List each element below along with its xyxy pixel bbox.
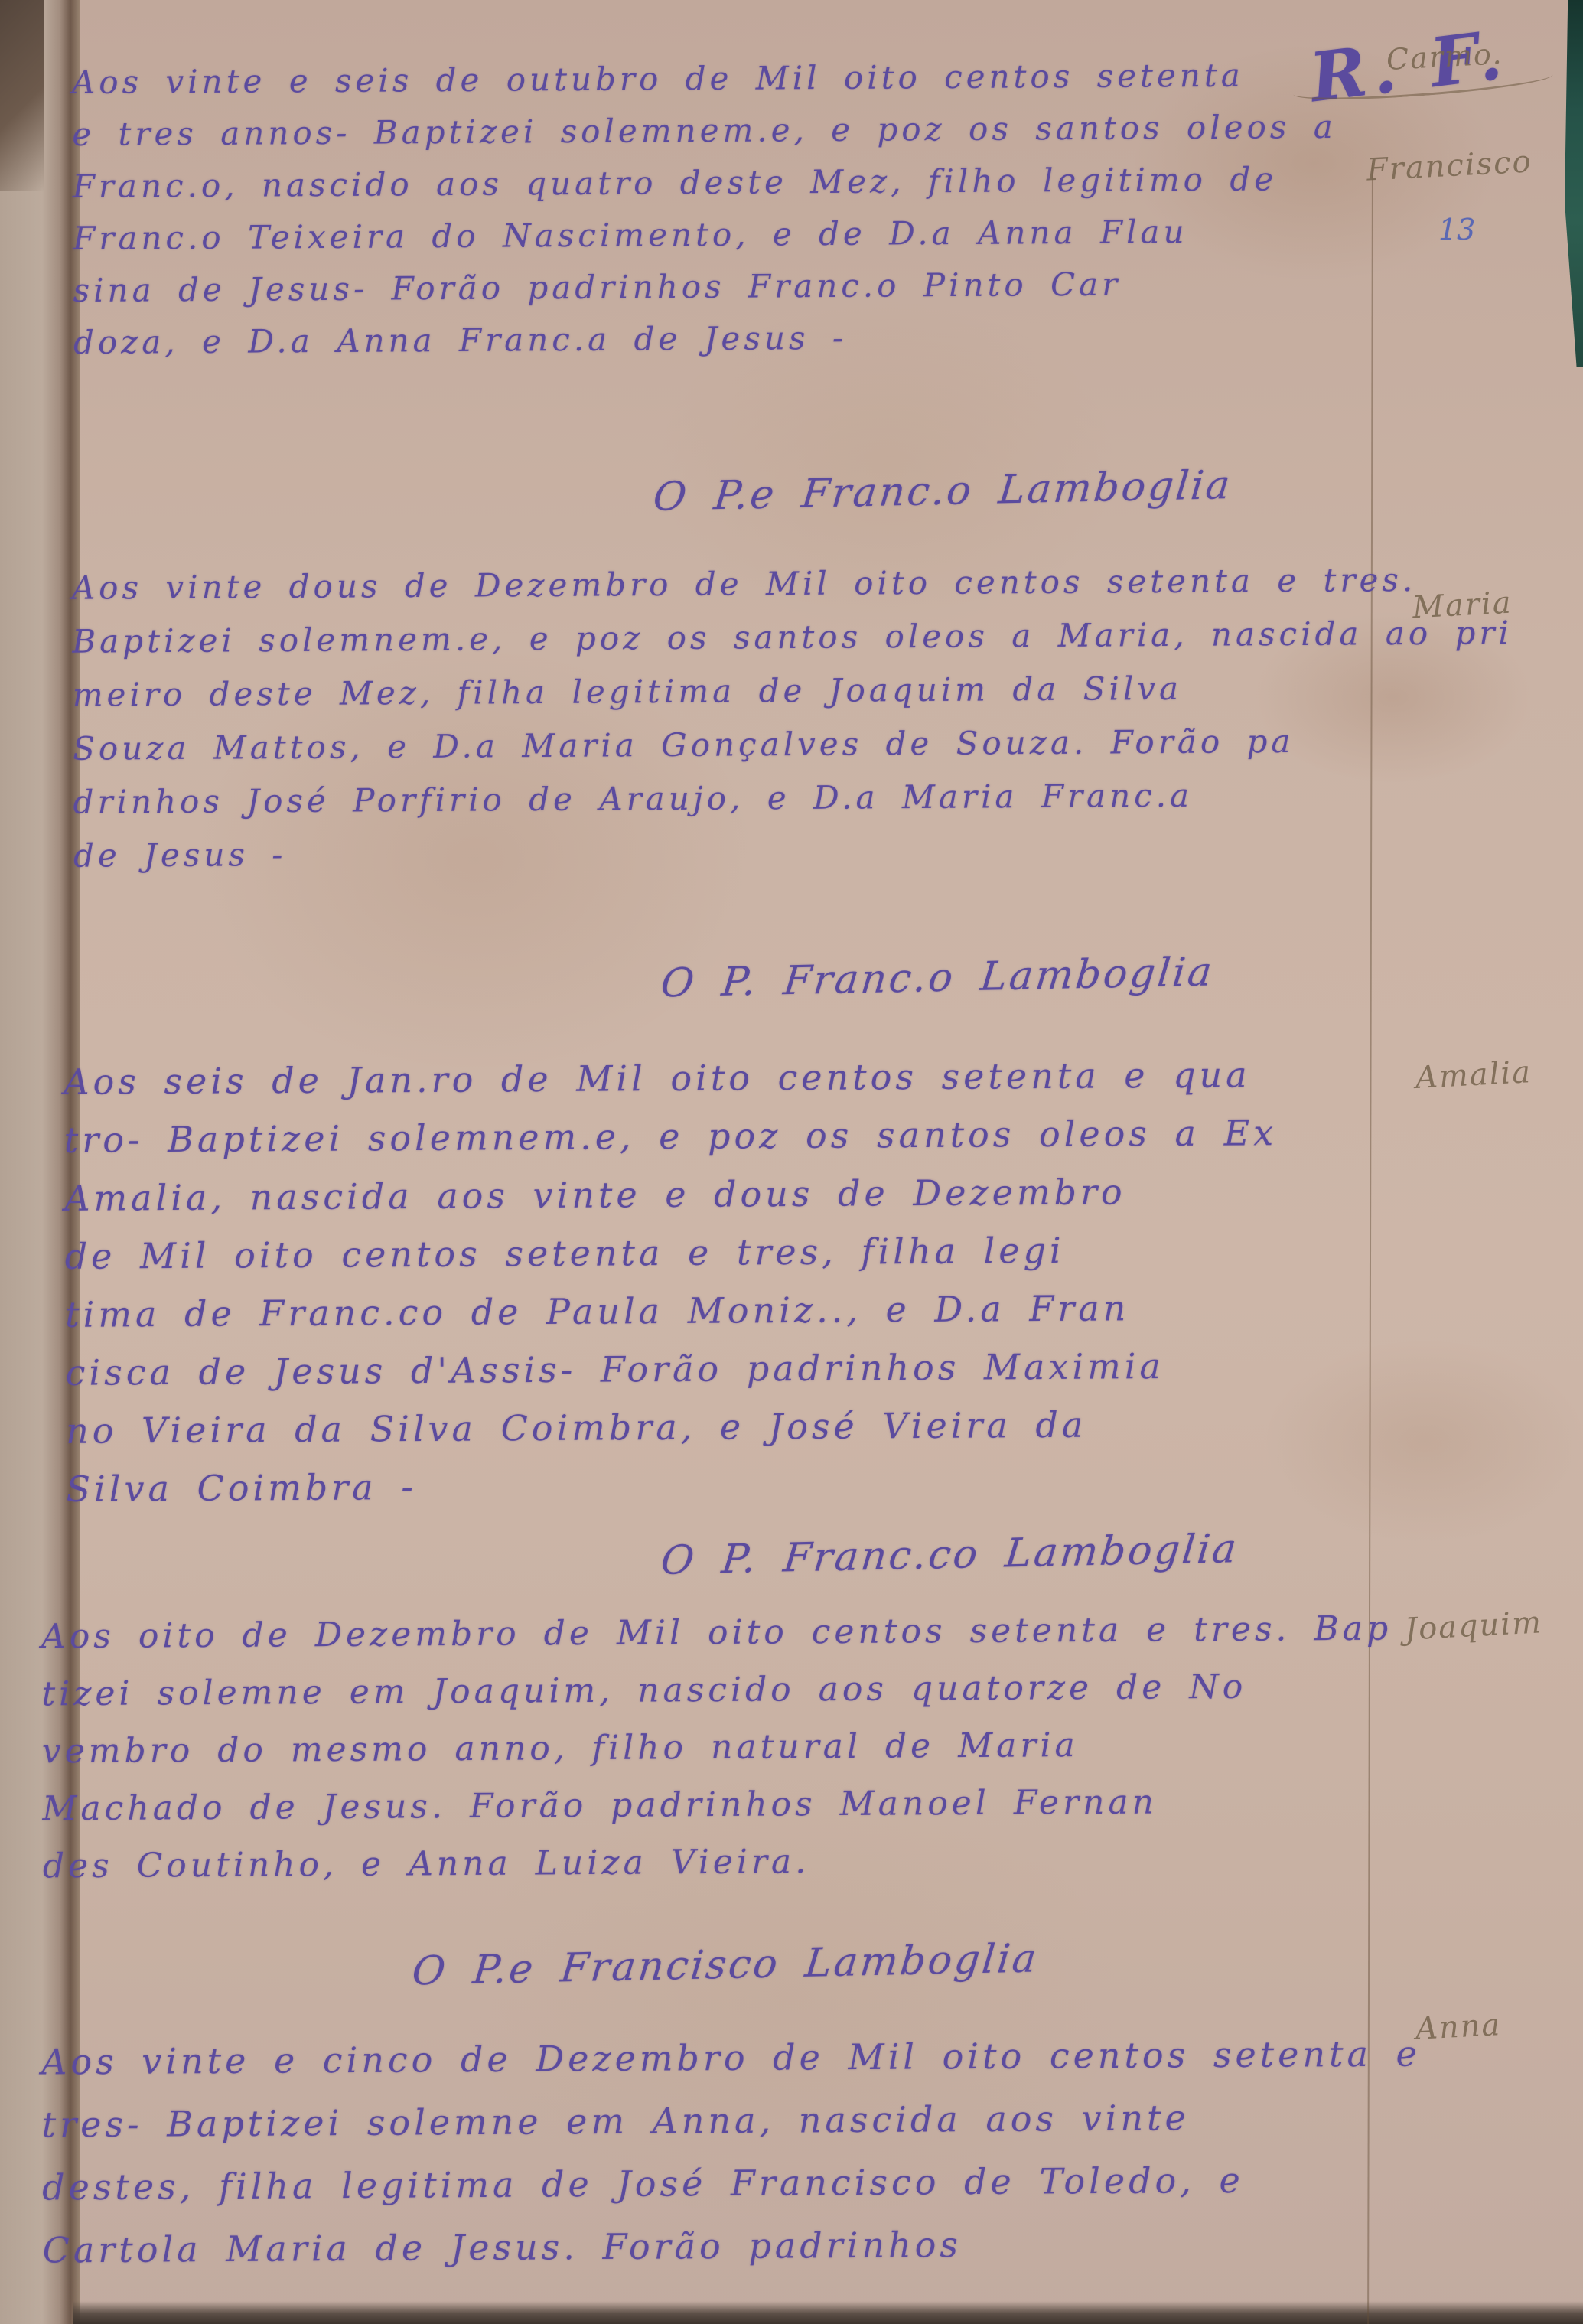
record-line: e tres annos- Baptizei solemnem.e, e poz… [72, 108, 1337, 168]
record-line: destes, filha legitima de José Francisco… [42, 2158, 1422, 2229]
record-line: Aos vinte e cinco de Dezembro de Mil oit… [41, 2032, 1421, 2104]
record-line: drinhos José Porfirio de Araujo, e D.a M… [73, 774, 1513, 836]
register-page-photo: R. F. Carmo. Francisco 13 Aos vinte e se… [0, 0, 1583, 2324]
record-line: tima de Franc.co de Paula Moniz.., e D.a… [65, 1286, 1278, 1352]
record-line: Aos vinte dous de Dezembro de Mil oito c… [72, 560, 1513, 622]
margin-name-francisco: Francisco [1366, 144, 1533, 187]
record-line: des Coutinho, e Anna Luiza Vieira. [43, 1839, 1394, 1905]
baptism-record: Aos vinte dous de Dezembro de Mil oito c… [72, 560, 1514, 890]
page-number: 13 [1438, 213, 1475, 246]
margin-name: Joaquim [1404, 1605, 1543, 1647]
record-line: Baptizei solemnem.e, e poz os santos ole… [72, 614, 1513, 676]
priest-signature: O P. Franc.co Lamboglia [659, 1526, 1241, 1584]
record-line: Aos oito de Dezembro de Mil oito centos … [41, 1609, 1392, 1675]
margin-name: Anna [1415, 2007, 1503, 2047]
record-line: Franc.o Teixeira do Nascimento, e de D.a… [73, 212, 1337, 272]
record-line: Souza Mattos, e D.a Maria Gonçalves de S… [73, 721, 1513, 783]
record-line: Aos vinte e seis de outubro de Mil oito … [72, 56, 1337, 116]
priest-signature: O P.e Francisco Lamboglia [410, 1935, 1041, 1994]
record-line: Aos seis de Jan.ro de Mil oito centos se… [64, 1054, 1277, 1120]
record-line: Machado de Jesus. Forão padrinhos Manoel… [42, 1781, 1393, 1847]
record-line: doza, e D.a Anna Franc.a de Jesus - [73, 316, 1338, 376]
table-background-edge [1560, 0, 1583, 367]
record-line: tro- Baptizei solemnem.e, e poz os santo… [64, 1112, 1278, 1178]
record-line: Silva Coimbra - [66, 1461, 1279, 1527]
record-line: vembro do mesmo anno, filho natural de M… [42, 1724, 1393, 1790]
baptism-record: Aos oito de Dezembro de Mil oito centos … [41, 1609, 1393, 1905]
record-line: tres- Baptizei solemne em Anna, nascida … [42, 2095, 1422, 2166]
record-line: cisca de Jesus d'Assis- Forão padrinhos … [65, 1345, 1278, 1410]
baptism-record: Aos seis de Jan.ro de Mil oito centos se… [64, 1054, 1279, 1527]
record-line: meiro deste Mez, filha legitima de Joaqu… [73, 667, 1513, 729]
book-corner-shadow [0, 0, 44, 191]
priest-signature: O P. Franc.o Lamboglia [659, 949, 1216, 1006]
record-line: Amalia, nascida aos vinte e dous de Deze… [64, 1170, 1278, 1236]
record-line: de Mil oito centos setenta e tres, filha… [65, 1228, 1278, 1294]
record-line: de Jesus - [73, 828, 1514, 890]
record-line: sina de Jesus- Forão padrinhos Franc.o P… [73, 264, 1337, 324]
record-line: no Vieira da Silva Coimbra, e José Vieir… [66, 1403, 1279, 1468]
priest-signature: O P.e Franc.o Lamboglia [651, 462, 1234, 520]
margin-name: Maria [1412, 585, 1513, 626]
record-line: Cartola Maria de Jesus. Forão padrinhos [43, 2221, 1422, 2292]
record-line: tizei solemne em Joaquim, nascido aos qu… [41, 1667, 1392, 1732]
page-bottom-shadow [73, 2301, 1583, 2324]
margin-name: Amalia [1415, 1054, 1533, 1096]
margin-rule-line [1367, 163, 1373, 2324]
baptism-record: Aos vinte e cinco de Dezembro de Mil oit… [41, 2032, 1422, 2292]
record-line: Franc.o, nascido aos quatro deste Mez, f… [73, 160, 1337, 220]
baptism-record: Aos vinte e seis de outubro de Mil oito … [72, 56, 1338, 376]
